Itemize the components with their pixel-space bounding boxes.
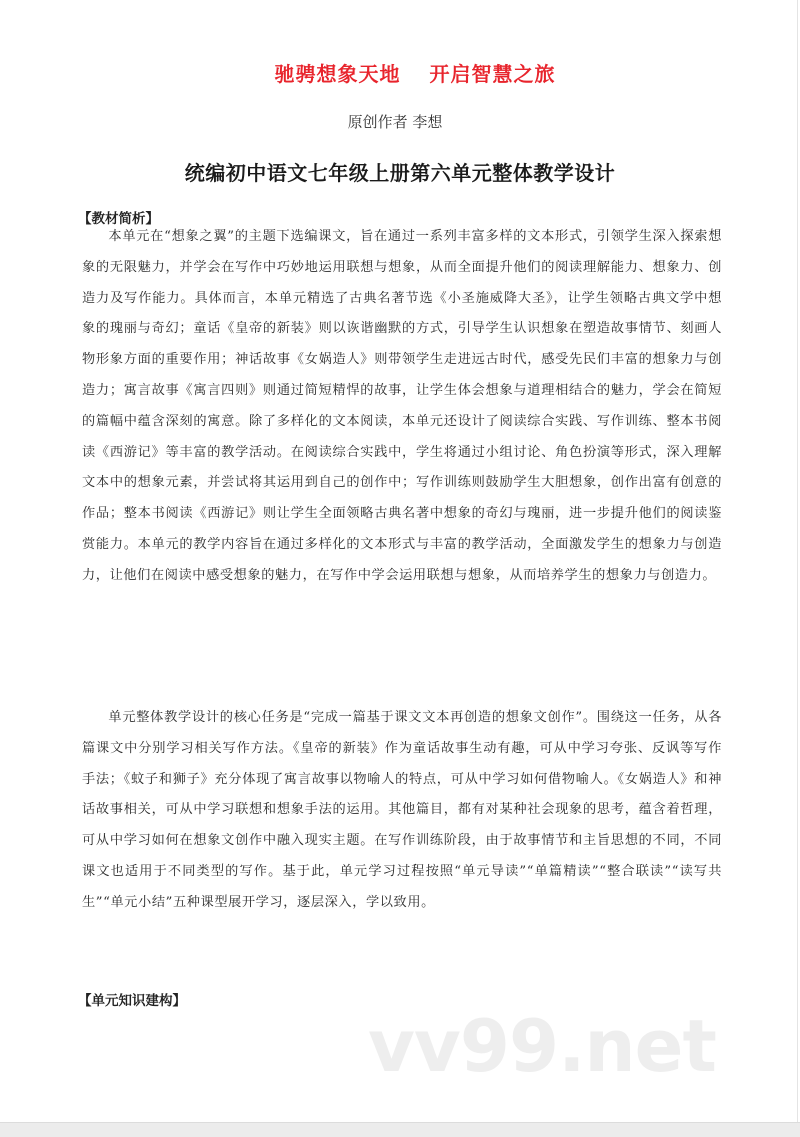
page-bottom-edge xyxy=(0,1122,800,1137)
section-heading-knowledge-construction: 【单元知识建构】 xyxy=(78,989,186,1009)
body-paragraph: 本单元在“想象之翼”的主题下选编课文，旨在通过一系列丰富多样的文本形式，引领学生… xyxy=(82,222,722,592)
red-title: 驰骋想象天地 开启智慧之旅 xyxy=(0,58,800,87)
document-page: 驰骋想象天地 开启智慧之旅 原创作者 李想 统编初中语文七年级上册第六单元整体教… xyxy=(0,0,798,1122)
body-paragraph: 单元整体教学设计的核心任务是“完成一篇基于课文文本再创造的想象文创作”。围绕这一… xyxy=(82,703,722,919)
main-title: 统编初中语文七年级上册第六单元整体教学设计 xyxy=(0,157,800,186)
author-line: 原创作者 李想 xyxy=(0,111,790,132)
watermark: vv99.net xyxy=(368,1004,716,1088)
